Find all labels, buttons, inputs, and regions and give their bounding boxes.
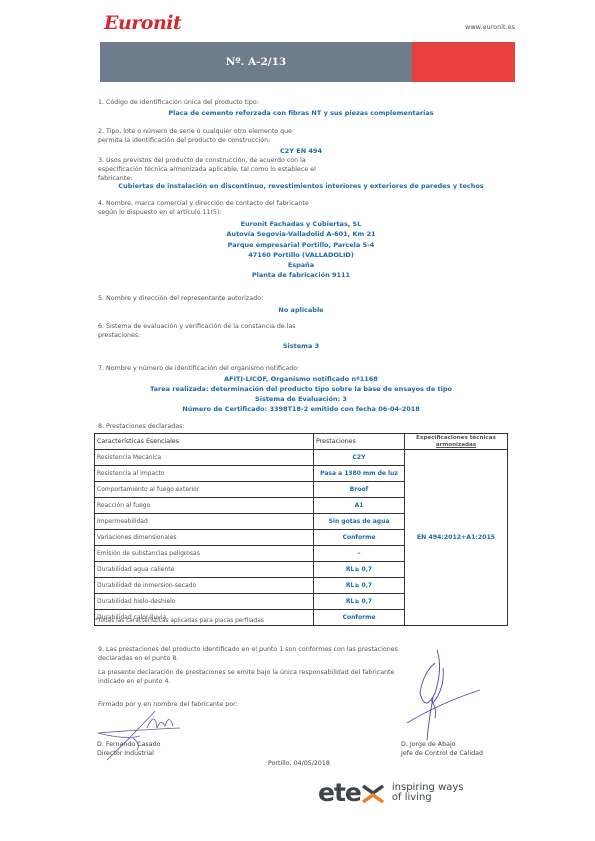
section-6-label-line: prestaciones: xyxy=(98,331,296,340)
header-spec-line: armonizadas xyxy=(436,442,476,448)
signatory-title: Director Industrial xyxy=(97,749,160,758)
section-1-value: Placa de cemento reforzada con fibras NT… xyxy=(94,108,508,119)
tagline-line: of living xyxy=(392,793,464,803)
section-2-label-line: 2. Tipo, lote o número de serie o cualqu… xyxy=(98,127,292,136)
characteristic-cell: Reacción al fuego xyxy=(95,498,314,514)
performance-table: Características Esenciales Prestaciones … xyxy=(94,433,508,626)
section-6-label-line: 6. Sistema de evaluación y verificación … xyxy=(98,322,296,331)
performance-cell: C2Y xyxy=(314,450,405,466)
plant-number: Planta de fabricación 9111 xyxy=(94,270,508,280)
responsibility-line: La presente declaración de prestaciones … xyxy=(98,668,394,677)
document-number: Nº. A-2/13 xyxy=(100,42,412,82)
responsibility-statement: La presente declaración de prestaciones … xyxy=(98,668,394,686)
performance-cell: RL≥ 0,7 xyxy=(314,562,405,578)
etex-logo: ete inspiring ways of living xyxy=(318,778,464,807)
signatory-name: D. Jorge de Abajo xyxy=(401,740,483,749)
section-2-value: C2Y EN 494 xyxy=(94,146,508,157)
etex-tagline: inspiring ways of living xyxy=(392,783,464,803)
section-3-label: 3. Usos previstos del producto de constr… xyxy=(98,156,316,183)
header-characteristic: Características Esenciales xyxy=(95,434,314,450)
characteristic-cell: Resistencia al impacto xyxy=(95,466,314,482)
section-4-label-line: 4. Nombre, marca comercial y dirección d… xyxy=(98,199,309,208)
task-performed: Tarea realizada: determinación del produ… xyxy=(94,384,508,394)
etex-x-icon xyxy=(362,782,384,804)
characteristic-cell: Variaciones dimensionales xyxy=(95,530,314,546)
header-spec-line: Especificaciones técnicas xyxy=(407,435,505,442)
banner-accent xyxy=(412,42,515,82)
etex-wordmark: ete xyxy=(318,778,361,807)
section-2-label-line: permita la identificación del producto d… xyxy=(98,136,292,145)
address-line: 47160 Portillo (VALLADOLID) xyxy=(94,250,508,260)
characteristic-cell: Resistencia Mecánica xyxy=(95,450,314,466)
performance-cell: Conforme xyxy=(314,530,405,546)
section-2-label: 2. Tipo, lote o número de serie o cualqu… xyxy=(98,127,292,145)
performance-cell: RL≥ 0,7 xyxy=(314,594,405,610)
statement-line: 9. Las prestaciones del producto identif… xyxy=(98,645,398,654)
section-6-value: Sistema 3 xyxy=(94,341,508,352)
evaluation-system: Sistema de Evaluación: 3 xyxy=(94,394,508,404)
header-performance: Prestaciones xyxy=(314,434,405,450)
document-banner: Nº. A-2/13 xyxy=(100,42,515,82)
table-header-row: Características Esenciales Prestaciones … xyxy=(95,434,508,450)
section-5-value: No aplicable xyxy=(94,305,508,316)
table-row: Resistencia MecánicaC2YEN 494:2012+A1:20… xyxy=(95,450,508,466)
performance-cell: – xyxy=(314,546,405,562)
performance-cell: A1 xyxy=(314,498,405,514)
address-line: Parque empresarial Portillo, Parcela 5-4 xyxy=(94,240,508,250)
section-3-value: Cubiertas de instalación en discontinuo,… xyxy=(94,181,508,192)
performance-cell: Pasa a 1380 mm de luz xyxy=(314,466,405,482)
section-3-label-line: 3. Usos previstos del producto de constr… xyxy=(98,156,316,165)
statement-line: declaradas en el punto 8. xyxy=(98,654,398,663)
performance-cell: RL≥ 0,7 xyxy=(314,578,405,594)
website-url[interactable]: www.euronit.es xyxy=(465,23,515,31)
performance-cell: Conforme xyxy=(314,610,405,626)
section-4-label-line: según lo dispuesto en el artículo 11(5): xyxy=(98,208,309,217)
certificate-number: Número de Certificado: 3398T18-2 emitido… xyxy=(94,404,508,414)
tagline-line: inspiring ways xyxy=(392,783,464,793)
section-4-label: 4. Nombre, marca comercial y dirección d… xyxy=(98,199,309,217)
section-6-label: 6. Sistema de evaluación y verificación … xyxy=(98,322,296,340)
header-spec: Especificaciones técnicas armonizadas xyxy=(405,434,508,450)
performance-cell: Sin gotas de agua xyxy=(314,514,405,530)
characteristic-cell: Durabilidad hielo-deshielo xyxy=(95,594,314,610)
manufacturer-name: Euronit Fachadas y Cubiertas, SL xyxy=(94,219,508,229)
section-9-statement: 9. Las prestaciones del producto identif… xyxy=(98,645,398,663)
signatory-left: D. Fernando Casado Director Industrial xyxy=(97,740,160,758)
spec-cell: EN 494:2012+A1:2015 xyxy=(405,450,508,626)
signatory-right: D. Jorge de Abajo Jefe de Control de Cal… xyxy=(401,740,483,758)
manufacturer-address: Euronit Fachadas y Cubiertas, SL Autovía… xyxy=(94,219,508,281)
performance-cell: Broof xyxy=(314,482,405,498)
section-8-label: 8. Prestaciones declaradas: xyxy=(98,422,185,431)
address-country: España xyxy=(94,260,508,270)
signature-right-icon xyxy=(405,648,485,743)
section-7-label: 7. Nombre y número de identificación del… xyxy=(98,364,299,373)
notified-body: AFITI-LICOF, Organismo notificado nº1168… xyxy=(94,374,508,414)
responsibility-line: indicado en el punto 4. xyxy=(98,677,394,686)
characteristic-cell: Comportamiento al fuego exterior xyxy=(95,482,314,498)
euronit-logo: Euronit xyxy=(104,12,181,34)
signatory-name: D. Fernando Casado xyxy=(97,740,160,749)
place-date: Portillo, 04/05/2018 xyxy=(268,759,330,768)
characteristic-cell: Impermeabilidad xyxy=(95,514,314,530)
address-line: Autovía Segovia-Valladolid A-601, Km 21 xyxy=(94,229,508,239)
table-footnote: *Todas las características aplicadas par… xyxy=(95,617,264,626)
section-1-label: 1. Código de identificación única del pr… xyxy=(98,98,259,107)
signatory-title: Jefe de Control de Calidad xyxy=(401,749,483,758)
characteristic-cell: Emisión de substancias peligrosas xyxy=(95,546,314,562)
section-3-label-line: especificación técnica armonizada aplica… xyxy=(98,165,316,174)
characteristic-cell: Durabilidad agua caliente xyxy=(95,562,314,578)
notified-body-name: AFITI-LICOF, Organismo notificado nº1168 xyxy=(94,374,508,384)
section-5-label: 5. Nombre y dirección del representante … xyxy=(98,294,263,303)
characteristic-cell: Durabilidad de inmersion-secado xyxy=(95,578,314,594)
